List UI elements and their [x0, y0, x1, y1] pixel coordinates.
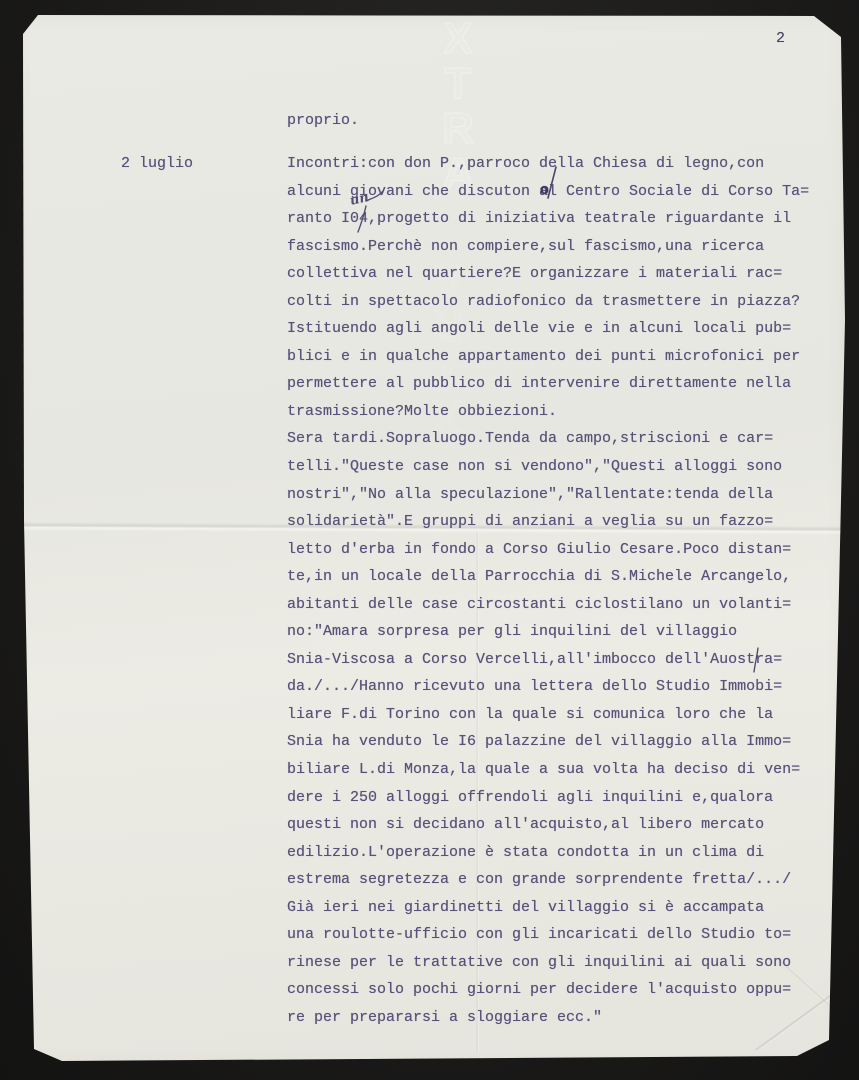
typewritten-line: colti in spettacolo radiofonico da trasm…	[287, 288, 809, 316]
overtyped-letter: o	[540, 177, 549, 205]
typewritten-line: liare F.di Torino con la quale si comuni…	[287, 701, 809, 729]
typewritten-line: te,in un locale della Parrocchia di S.Mi…	[287, 563, 809, 591]
typewritten-line: da./.../Hanno ricevuto una lettera dello…	[287, 673, 809, 701]
typewritten-line: fascismo.Perchè non compiere,sul fascism…	[287, 233, 809, 261]
typewritten-line: blici e in qualche appartamento dei punt…	[287, 343, 809, 371]
typewritten-line: permettere al pubblico di intervenire di…	[287, 370, 809, 398]
typewritten-line: Incontri:con don P.,parroco della Chiesa…	[287, 150, 809, 178]
typewritten-body: Incontri:con don P.,parroco della Chiesa…	[287, 150, 809, 1032]
watermark-letter: X	[443, 16, 472, 61]
typewritten-line: Istituendo agli angoli delle vie e in al…	[287, 315, 809, 343]
typewritten-line: no:"Amara sorpresa per gli inquilini del…	[287, 618, 809, 646]
typewritten-line: telli."Queste case non si vendono","Ques…	[287, 453, 809, 481]
typewritten-line: solidarietà".E gruppi di anziani a vegli…	[287, 508, 809, 536]
typewritten-line: Snia-Viscosa a Corso Vercelli,all'imbocc…	[287, 646, 809, 674]
typewritten-line: nostri","No alla speculazione","Rallenta…	[287, 481, 809, 509]
page-number: 2	[776, 30, 785, 47]
watermark-letter: T	[445, 61, 472, 106]
typewritten-line: questi non si decidano all'acquisto,al l…	[287, 811, 809, 839]
typewritten-line: estrema segretezza e con grande sorprend…	[287, 866, 809, 894]
photo-backdrop: XTRA XTRA 2 proprio. 2 luglio Incontri:c…	[0, 0, 859, 1080]
typewritten-line: collettiva nel quartiere?E organizzare i…	[287, 260, 809, 288]
typewritten-line: letto d'erba in fondo a Corso Giulio Ces…	[287, 536, 809, 564]
typewritten-line: concessi solo pochi giorni per decidere …	[287, 976, 809, 1004]
typewritten-line: biliare L.di Monza,la quale a sua volta …	[287, 756, 809, 784]
typewritten-line: dere i 250 alloggi offrendoli agli inqui…	[287, 784, 809, 812]
typewritten-line: abitanti delle case circostanti ciclosti…	[287, 591, 809, 619]
typewritten-line: ranto I04,progetto di iniziativa teatral…	[287, 205, 809, 233]
typewritten-line: re per prepararsi a sloggiare ecc."	[287, 1004, 809, 1032]
watermark-letter: R	[442, 106, 474, 151]
typewritten-line: edilizio.L'operazione è stata condotta i…	[287, 839, 809, 867]
typewritten-line: trasmissione?Molte obbiezioni.	[287, 398, 809, 426]
typewritten-line: una roulotte-ufficio con gli incaricati …	[287, 921, 809, 949]
typewritten-line: rinese per le trattative con gli inquili…	[287, 949, 809, 977]
margin-note-date: 2 luglio	[121, 150, 193, 178]
typewritten-line: Snia ha venduto le I6 palazzine del vill…	[287, 728, 809, 756]
carryover-text: proprio.	[287, 107, 359, 135]
document-page: XTRA XTRA 2 proprio. 2 luglio Incontri:c…	[0, 0, 859, 1080]
typewritten-line: Sera tardi.Sopraluogo.Tenda da campo,str…	[287, 425, 809, 453]
typewritten-line: Già ieri nei giardinetti del villaggio s…	[287, 894, 809, 922]
